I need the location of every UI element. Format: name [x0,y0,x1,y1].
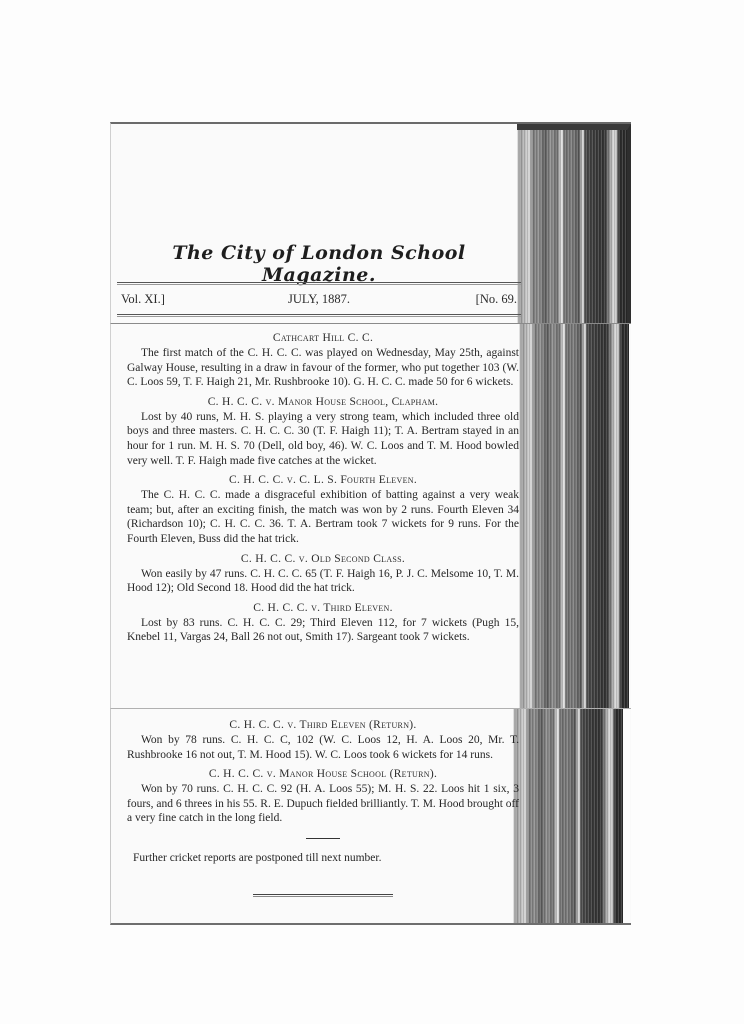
report-heading: C. H. C. C. v. Old Second Class. [127,553,519,565]
scan-binding-shadow [513,709,623,923]
masthead-rule-top [117,282,521,285]
report-heading: Cathcart Hill C. C. [127,332,519,344]
reports-column: C. H. C. C. v. Third Eleven (Return). Wo… [127,715,519,897]
magazine-title: The City of London School Magazine. [117,242,521,286]
issue-date: JULY, 1887. [239,292,399,307]
report-fourth-eleven: C. H. C. C. v. C. L. S. Fourth Eleven. T… [127,474,519,546]
report-body: Won by 78 runs. C. H. C. C, 102 (W. C. L… [127,733,519,762]
report-body: Lost by 40 runs, M. H. S. playing a very… [127,410,519,468]
report-heading: C. H. C. C. v. Third Eleven. [127,602,519,614]
report-body: Won by 70 runs. C. H. C. C. 92 (H. A. Lo… [127,782,519,826]
report-body: Lost by 83 runs. C. H. C. C. 29; Third E… [127,616,519,645]
report-body: The first match of the C. H. C. C. was p… [127,346,519,390]
issue-line: Vol. XI.] JULY, 1887. [No. 69. [121,292,517,307]
report-heading: C. H. C. C. v. Manor House School, Claph… [127,396,519,408]
issue-number: [No. 69. [407,292,517,307]
masthead-strip: The City of London School Magazine. Vol.… [110,122,631,325]
volume-label: Vol. XI.] [121,292,231,307]
scan-binding-shadow [519,324,629,709]
report-manor-house-return: C. H. C. C. v. Manor House School (Retur… [127,768,519,826]
report-heading: C. H. C. C. v. Manor House School (Retur… [127,768,519,780]
scan-binding-shadow [517,124,631,325]
reports-column: Cathcart Hill C. C. The first match of t… [127,328,519,651]
report-heading: C. H. C. C. v. Third Eleven (Return). [127,719,519,731]
report-manor-house: C. H. C. C. v. Manor House School, Claph… [127,396,519,468]
section-divider [306,838,340,839]
report-body: Won easily by 47 runs. C. H. C. C. 65 (T… [127,567,519,596]
report-old-second-class: C. H. C. C. v. Old Second Class. Won eas… [127,553,519,596]
footer-note: Further cricket reports are postponed ti… [127,851,519,866]
end-rule [253,894,393,897]
magazine-page: The City of London School Magazine. Vol.… [110,122,630,924]
reports-strip-bottom: C. H. C. C. v. Third Eleven (Return). Wo… [110,708,631,925]
report-third-eleven: C. H. C. C. v. Third Eleven. Lost by 83 … [127,602,519,645]
masthead-rule-bottom [117,314,521,317]
reports-strip-middle: Cathcart Hill C. C. The first match of t… [110,323,631,709]
report-third-eleven-return: C. H. C. C. v. Third Eleven (Return). Wo… [127,719,519,762]
report-cathcart-hill: Cathcart Hill C. C. The first match of t… [127,332,519,390]
report-body: The C. H. C. C. made a disgraceful exhib… [127,488,519,546]
report-heading: C. H. C. C. v. C. L. S. Fourth Eleven. [127,474,519,486]
